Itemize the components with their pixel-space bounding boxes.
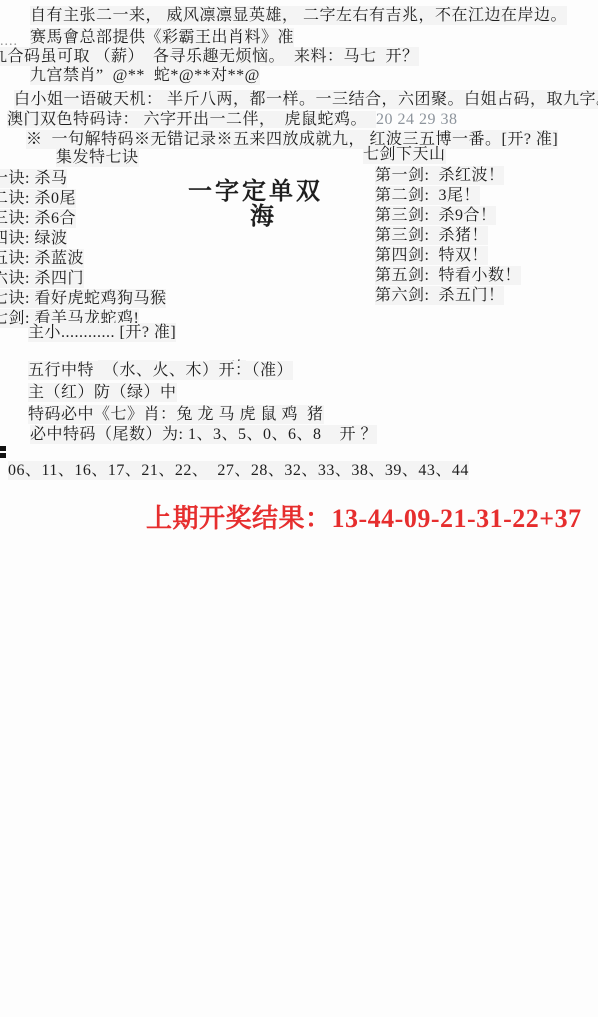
left-item-5: 五诀: 杀蓝波 xyxy=(0,249,84,268)
left-item-7: 七诀: 看好虎蛇鸡狗马猴 xyxy=(0,289,166,308)
right-item-4: 第三剑: 杀猪！ xyxy=(375,226,488,245)
bizhong-xiao-line: 特码必中《七》肖：兔 龙 马 虎 鼠 鸡 猪 xyxy=(28,405,324,424)
previous-result-numbers: 13-44-09-21-31-22+37 xyxy=(332,504,582,533)
macau-poem-text: 澳门双色特码诗： 六字开出一二伴， 虎鼠蛇鸡。 xyxy=(7,111,376,128)
right-item-5: 第四剑: 特双！ xyxy=(375,246,488,265)
baowei-numbers-line: 06、11、16、17、21、22、 27、28、32、33、38、39、43、… xyxy=(8,461,469,480)
left-item-1: 一诀: 杀马 xyxy=(0,169,67,188)
right-item-2: 第二剑: 3尾！ xyxy=(375,186,480,205)
left-item-2: 二诀: 杀0尾 xyxy=(0,189,76,208)
right-item-3: 第三剑: 杀9合！ xyxy=(375,206,496,225)
baixiaojie-line: 白小姐一语破天机： 半斤八两，都一样。一三结合，六团聚。白姐占码，取九字。 xyxy=(14,90,598,109)
previous-result-line: 上期开奖结果：13-44-09-21-31-22+37 xyxy=(146,498,582,535)
right-column-header: 七剑下天山 xyxy=(363,145,446,164)
macau-poem-numbers: 20 24 29 38 xyxy=(376,111,458,128)
jiugong-jinxiao-line: 九宫禁肖” @** 蛇*@**对**@ xyxy=(30,66,260,85)
edge-redaction-bar-icon xyxy=(0,446,6,458)
baowei-line: 特码大包围100%（开??准） xyxy=(0,443,256,462)
left-item-3: 三诀: 杀6合 xyxy=(0,209,76,228)
macau-poem-line: 澳门双色特码诗： 六字开出一二伴， 虎鼠蛇鸡。 20 24 29 38 xyxy=(7,110,458,129)
lottery-tip-sheet: 自有主张二一来， 威风凛凛显英雄， 二字左右有吉兆，不在江边在岸边。 .... … xyxy=(0,0,598,1017)
previous-result-label: 上期开奖结果： xyxy=(146,504,332,533)
code-tip-line: 九合码虽可取 （薪） 各寻乐趣无烦恼。 来料：马七 开？ xyxy=(0,47,419,66)
zhufang-line: 主（红）防（绿）中 xyxy=(28,383,177,402)
right-item-6: 第五剑: 特看小数！ xyxy=(375,266,521,285)
jiete-line: ※ 一句解特码※无错记录※五来四放成就九， 红波三五博一番。[开? 准] xyxy=(26,130,558,149)
right-item-7: 第六剑: 杀五门！ xyxy=(375,286,504,305)
left-item-4: 四诀: 绿波 xyxy=(0,229,67,248)
left-column-header: 集发特七诀 xyxy=(56,148,139,167)
redaction-bars-line: 1、3、4 ? 头 xyxy=(28,340,246,359)
bizhong-wei-line: 必中特码（尾数）为: 1、3、5、0、6、8 开 ？ xyxy=(30,425,377,444)
left-item-6: 六诀: 杀四门 xyxy=(0,269,84,288)
wuxing-line: 五行中特 （水、火、木）开：（准） xyxy=(28,361,293,380)
poem-line-1: 自有主张二一来， 威风凛凛显英雄， 二字左右有吉兆，不在江边在岸边。 xyxy=(30,6,567,25)
right-item-1: 第一剑: 杀红波！ xyxy=(375,166,504,185)
center-subtitle: 海 xyxy=(250,196,277,231)
provider-line: 赛馬會总部提供《彩霸王出肖料》准 xyxy=(30,28,294,47)
